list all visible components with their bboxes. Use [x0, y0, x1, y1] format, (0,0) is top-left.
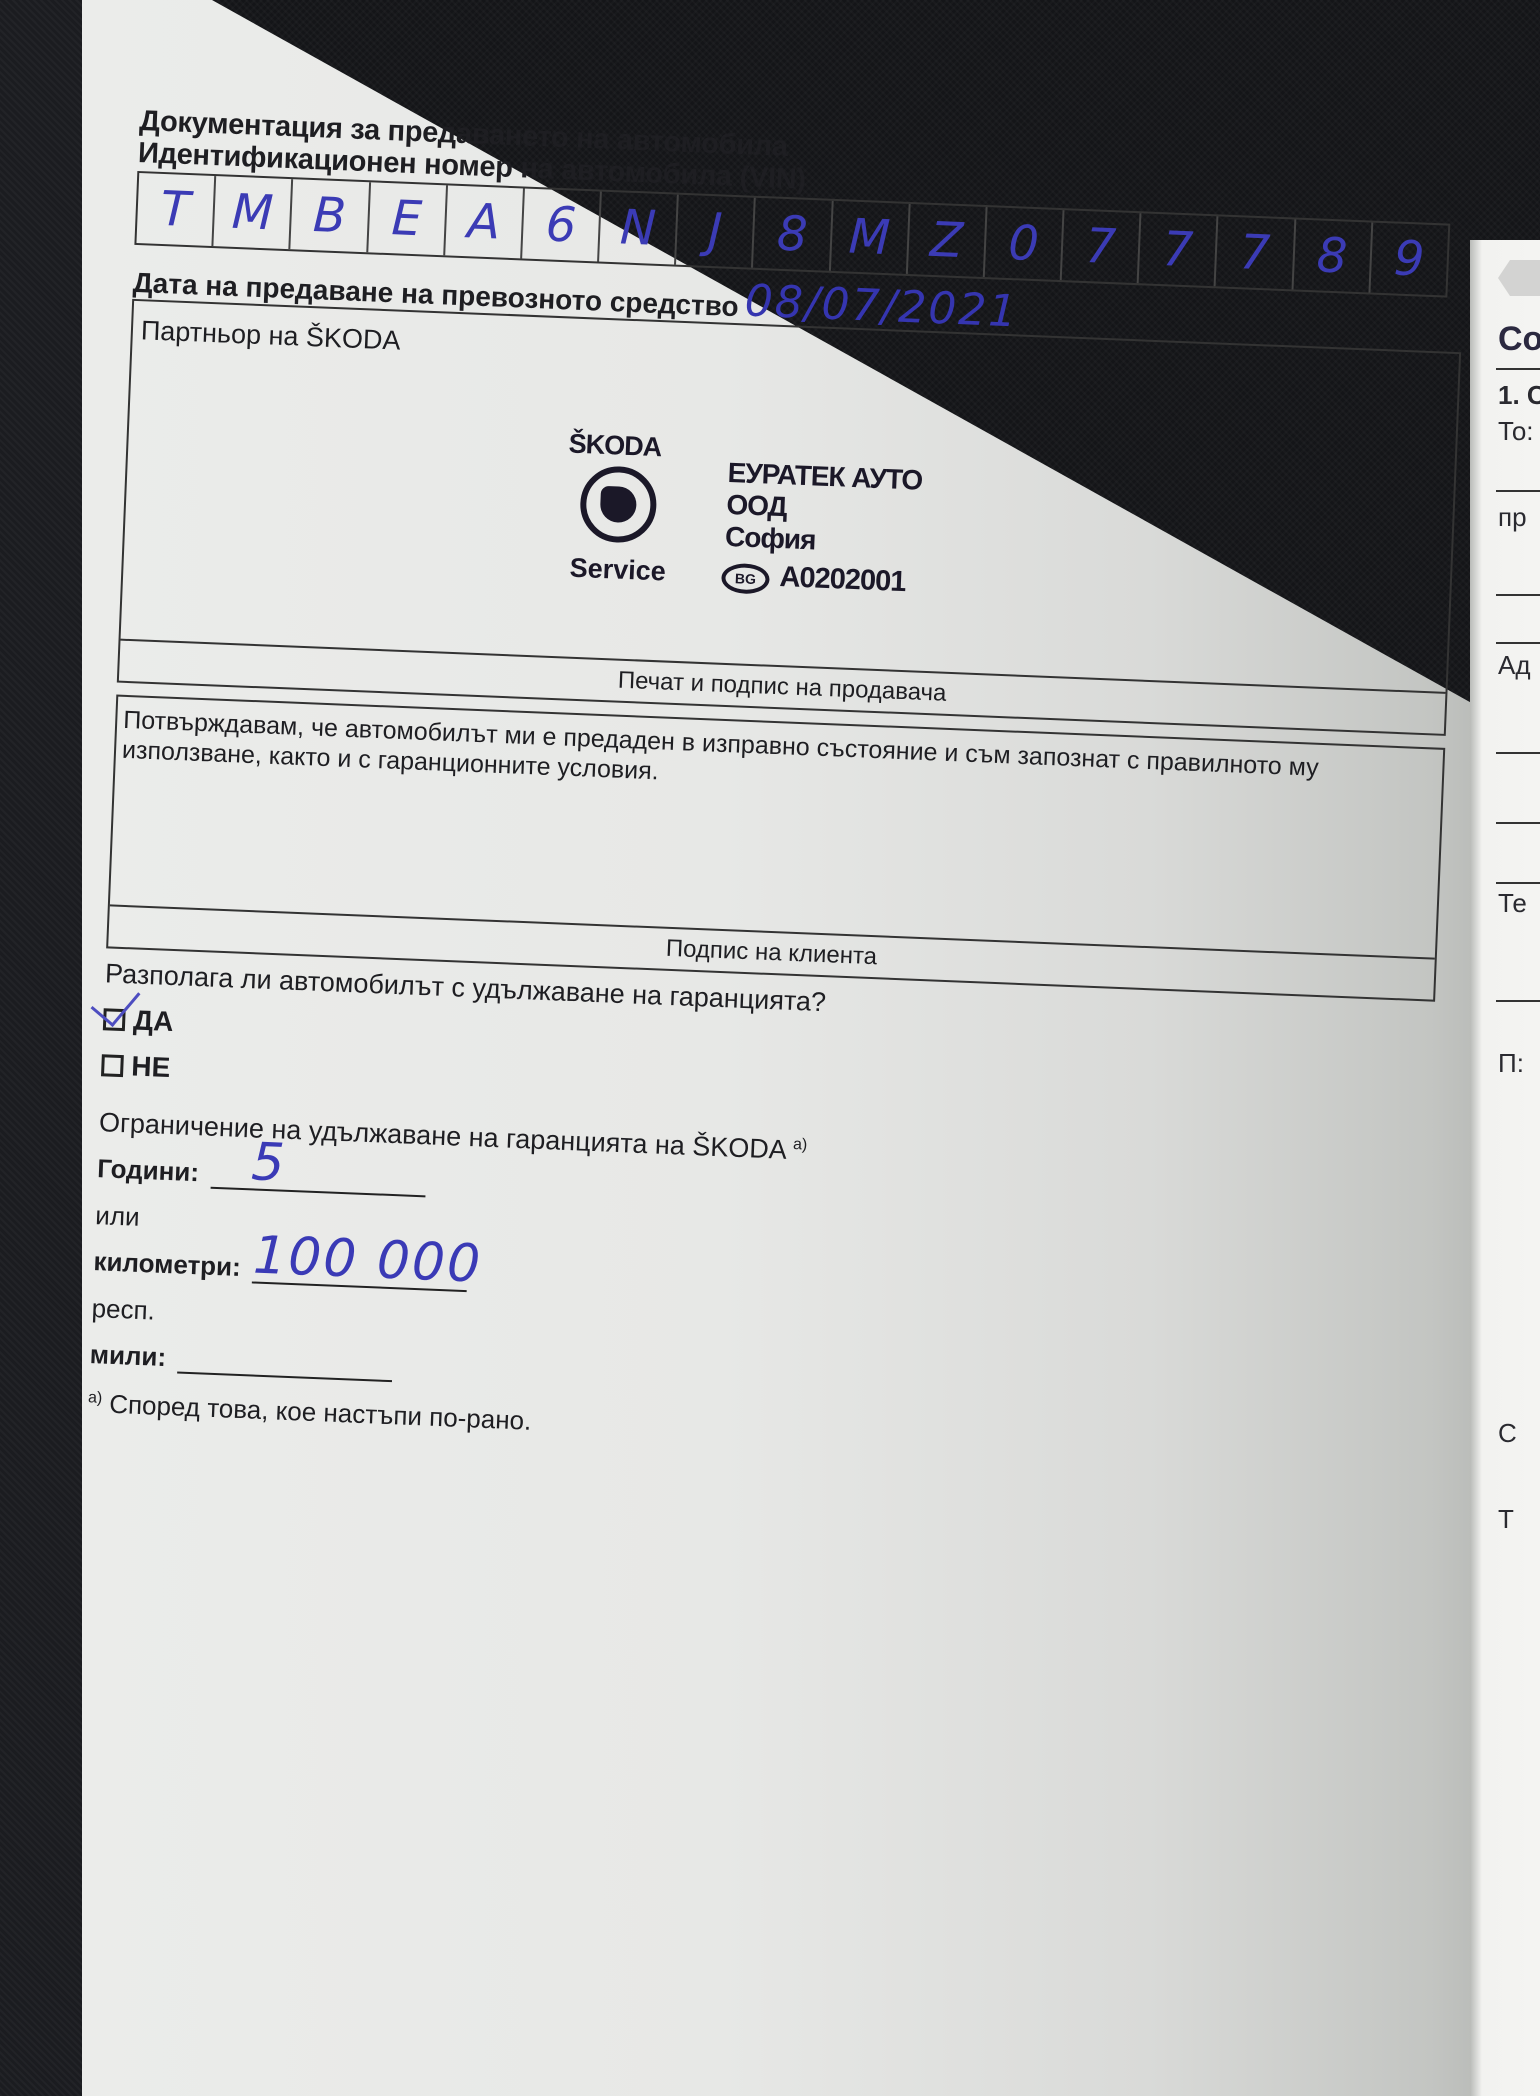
facing-page-line: пр [1498, 502, 1527, 533]
years-label: Години: [97, 1153, 200, 1188]
divider [1496, 490, 1540, 492]
facing-page-line: Ад [1498, 650, 1531, 681]
facing-page-title: Co [1498, 320, 1540, 359]
vin-char-cell: 8 [1293, 219, 1373, 292]
vin-char-cell: J [676, 195, 756, 268]
checkbox-yes[interactable] [103, 1008, 126, 1031]
divider [1496, 822, 1540, 824]
option-no-label: НЕ [131, 1050, 171, 1084]
vin-char-cell: B [291, 179, 371, 252]
partner-stamp-box: Партньор на ŠKODA ŠKODA Service ЕУРАТЕК … [117, 299, 1461, 736]
divider [1496, 594, 1540, 596]
footnote-mark: a) [88, 1389, 103, 1407]
stamp-company-line: София [724, 521, 920, 561]
vin-char-cell: 7 [1062, 210, 1142, 283]
divider [1496, 752, 1540, 754]
document-content: Документация за предаването на автомобил… [87, 105, 1469, 1472]
vin-char-cell: N [599, 192, 679, 265]
partner-label: Партньор на ŠKODA [140, 315, 401, 356]
facing-page-line: T [1498, 1504, 1514, 1535]
vin-char-cell: 7 [1139, 213, 1219, 286]
stamp-brand: ŠKODA [568, 428, 662, 463]
km-label: километри: [93, 1246, 241, 1283]
vin-char-cell: 6 [522, 189, 602, 262]
dealer-stamp: ŠKODA Service ЕУРАТЕК АУТО ООД София BG … [561, 428, 949, 643]
stamp-code: A0202001 [779, 561, 906, 599]
km-value: 100 000 [252, 1225, 483, 1294]
confirmation-box: Потвърждавам, че автомобилът ми е предад… [106, 695, 1445, 1002]
option-yes-label: ДА [133, 1004, 174, 1038]
vin-char-cell: 7 [1216, 216, 1296, 289]
facing-page-line: П: [1498, 1048, 1524, 1079]
vin-char-cell: 9 [1370, 223, 1448, 296]
stamp-company: ЕУРАТЕК АУТО ООД София [724, 457, 922, 561]
years-value: 5 [250, 1132, 287, 1193]
facing-page-line: C [1498, 1418, 1517, 1449]
vin-char-cell: 0 [985, 207, 1065, 280]
vin-char-cell: T [136, 173, 216, 246]
checkbox-no[interactable] [101, 1054, 124, 1077]
facing-page-line: Те [1498, 888, 1527, 919]
miles-field[interactable] [177, 1342, 393, 1383]
divider [1496, 1000, 1540, 1002]
divider [1496, 882, 1540, 884]
vin-char-cell: Z [908, 204, 988, 277]
divider [1496, 368, 1540, 370]
footnote-mark: a) [793, 1136, 808, 1154]
stamp-service: Service [569, 553, 666, 588]
skoda-logo-icon [579, 465, 658, 544]
page-tab-shape [1498, 260, 1540, 296]
vin-char-cell: A [445, 185, 525, 258]
facing-page-line: То: [1498, 416, 1534, 447]
divider [1496, 642, 1540, 644]
facing-page-line: 1. C [1498, 380, 1540, 411]
vin-char-cell: M [214, 176, 294, 249]
vin-char-cell: M [830, 201, 910, 274]
years-field[interactable]: 5 [210, 1157, 426, 1198]
country-badge-icon: BG [721, 563, 770, 595]
vin-char-cell: E [368, 182, 448, 255]
miles-label: мили: [89, 1339, 167, 1373]
facing-page: Co 1. C То: пр Ад Те П: C T [1470, 240, 1540, 2096]
fabric-background [0, 0, 82, 2096]
vin-char-cell: 8 [753, 198, 833, 271]
km-field[interactable]: 100 000 [252, 1251, 468, 1292]
